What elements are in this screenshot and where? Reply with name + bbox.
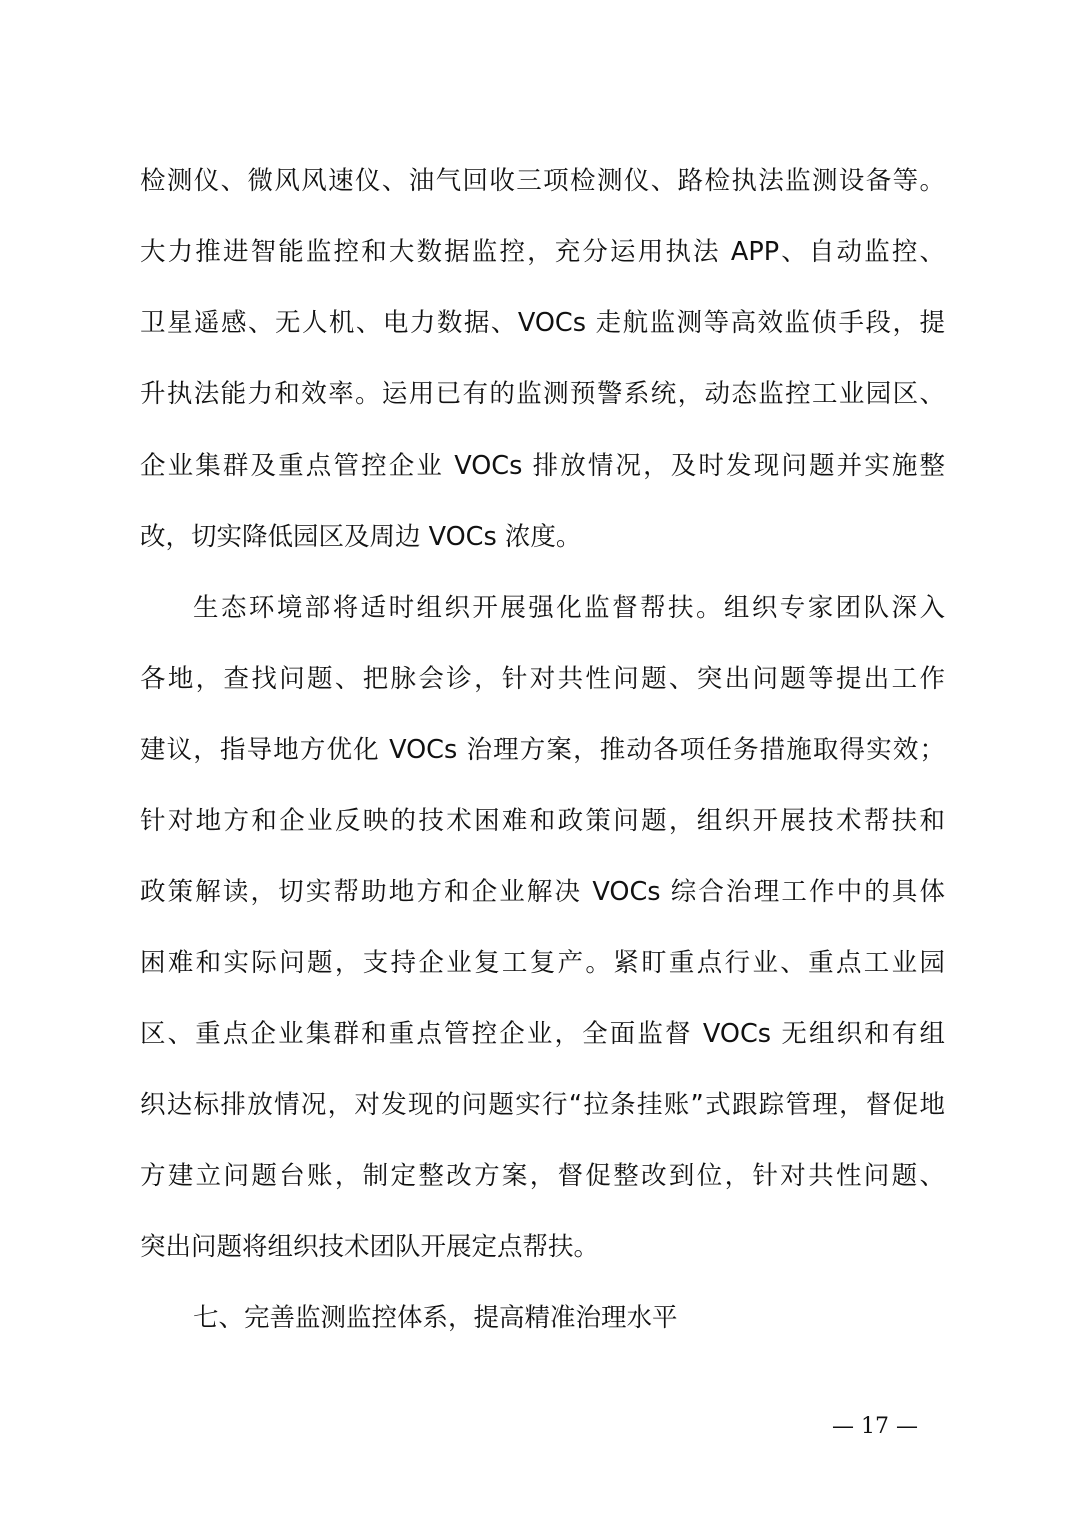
document-page: 检测仪、微风风速仪、油气回收三项检测仪、路检执法监测设备等。 大力推进智能监控和… xyxy=(0,0,1080,1527)
paragraph-2-line-9: 方建立问题台账，制定整改方案，督促整改到位，针对共性问题、 xyxy=(140,1156,945,1196)
paragraph-1-line-2: 大力推进智能监控和大数据监控，充分运用执法 APP、自动监控、 xyxy=(140,232,945,272)
paragraph-2-line-4: 针对地方和企业反映的技术困难和政策问题，组织开展技术帮扶和 xyxy=(140,801,945,841)
paragraph-2-line-2: 各地，查找问题、把脉会诊，针对共性问题、突出问题等提出工作 xyxy=(140,659,945,699)
page-number: — 17 — xyxy=(832,1412,918,1442)
paragraph-1-line-5: 企业集群及重点管控企业 VOCs 排放情况，及时发现问题并实施整 xyxy=(140,446,945,486)
paragraph-2-line-10: 突出问题将组织技术团队开展定点帮扶。 xyxy=(140,1227,945,1267)
paragraph-1-line-1: 检测仪、微风风速仪、油气回收三项检测仪、路检执法监测设备等。 xyxy=(140,161,945,201)
paragraph-1-line-3: 卫星遥感、无人机、电力数据、VOCs 走航监测等高效监侦手段，提 xyxy=(140,303,945,343)
paragraph-2-line-6: 困难和实际问题，支持企业复工复产。紧盯重点行业、重点工业园 xyxy=(140,943,945,983)
paragraph-1-line-4: 升执法能力和效率。运用已有的监测预警系统，动态监控工业园区、 xyxy=(140,374,945,414)
paragraph-2-line-1: 生态环境部将适时组织开展强化监督帮扶。组织专家团队深入 xyxy=(193,588,945,628)
paragraph-2-line-5: 政策解读，切实帮助地方和企业解决 VOCs 综合治理工作中的具体 xyxy=(140,872,945,912)
paragraph-1-line-6: 改，切实降低园区及周边 VOCs 浓度。 xyxy=(140,517,945,557)
paragraph-2-line-8: 织达标排放情况，对发现的问题实行“拉条挂账”式跟踪管理，督促地 xyxy=(140,1085,945,1125)
section-heading: 七、完善监测监控体系，提高精准治理水平 xyxy=(193,1298,678,1338)
paragraph-2-line-3: 建议，指导地方优化 VOCs 治理方案，推动各项任务措施取得实效； xyxy=(140,730,945,770)
paragraph-2-line-7: 区、重点企业集群和重点管控企业，全面监督 VOCs 无组织和有组 xyxy=(140,1014,945,1054)
